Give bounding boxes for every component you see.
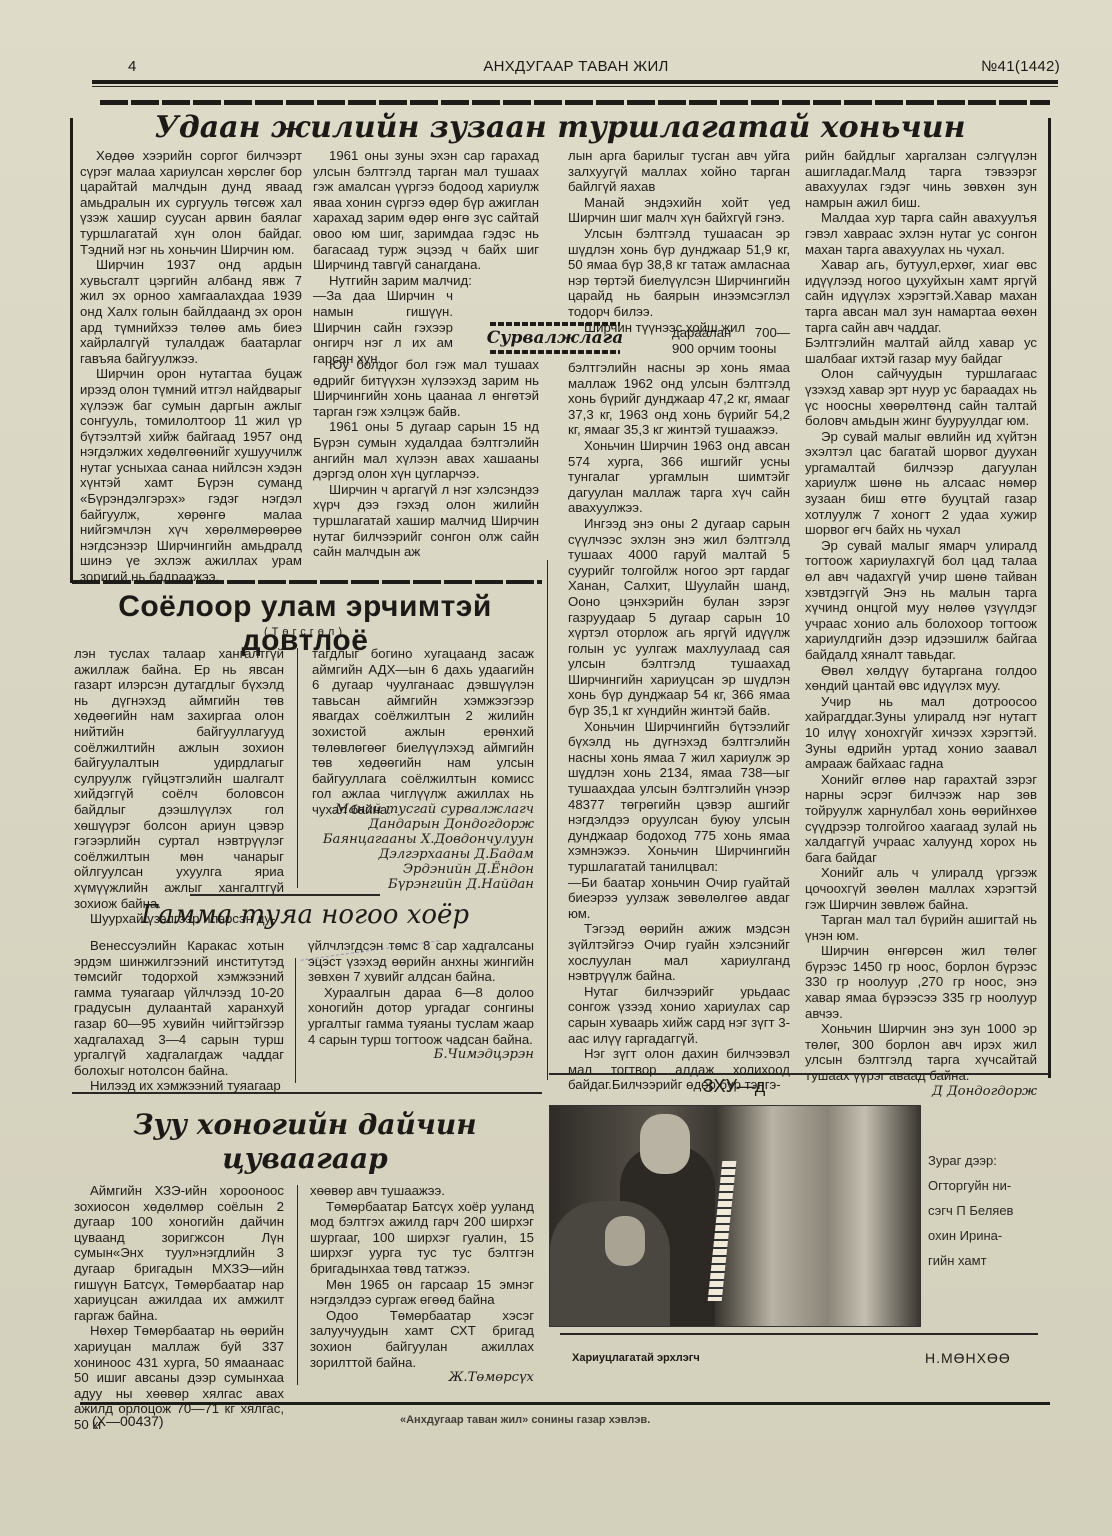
photo-face-man: [640, 1114, 690, 1174]
signature: Манай тусгай сурвалжлагч: [312, 802, 534, 817]
paragraph: лэн туслах талаар хангалтгүй ажиллаж бай…: [74, 646, 284, 911]
section-divider: [549, 1073, 1049, 1075]
paragraph: Эр сувай малыг өвлийн ид хүйтэн эхэлтэл …: [805, 429, 1037, 538]
paragraph: дараалан 700—900 орчим тооны: [672, 325, 790, 356]
print-code: (Х—00437): [92, 1413, 164, 1429]
imprint: «Анхдугаар таван жил» сонины газар хэвлэ…: [400, 1414, 650, 1426]
masthead-rule-thin: [92, 86, 1058, 87]
paragraph: Нутгийн зарим малчид:: [313, 273, 539, 289]
greek-key-ornament-bottom: [490, 350, 620, 354]
signature: Дэлгэрхааны Д.Бадам: [312, 847, 534, 862]
footer-rule: [80, 1402, 1050, 1405]
caption-line: Огторгуйн ни-: [928, 1173, 1040, 1198]
paragraph: үйлчлэгдсэн төмс 8 сар хадгалсаны эцэст …: [308, 938, 534, 985]
photo-face-girl: [605, 1216, 645, 1266]
caption-line: сэгч П Беляев: [928, 1198, 1040, 1223]
photo-section-title: ЗХУ—д: [549, 1076, 919, 1097]
newspaper-page: 4 АНХДУГААР ТАВАН ЖИЛ №41(1442) Удаан жи…: [0, 0, 1112, 1536]
caption-line: гийн хамт: [928, 1248, 1040, 1273]
paragraph: Олон сайчуудын туршлагаас үзэхэд хавар э…: [805, 366, 1037, 428]
paragraph: 1961 оны зуны эхэн сар гарахад улсын бэл…: [313, 148, 539, 273]
headline-gamma: Гамма туяа ногоо хоёр: [70, 900, 540, 930]
column-divider: [295, 958, 296, 1083]
culture-signatures: Манай тусгай сурвалжлагч Дандарын Дондог…: [312, 802, 534, 892]
issue-number: №41(1442): [981, 58, 1060, 75]
paragraph: Учир нь мал дотроосоо хайрагддаг.Зуны ул…: [805, 694, 1037, 772]
signature: Дандарын Дондогдорж: [312, 817, 534, 832]
paragraph: Тарган мал тал бүрийн ашигтай нь үнэн юм…: [805, 912, 1037, 943]
paragraph: Нутаг билчээрийг урьдаас сонгож үзээд хо…: [568, 984, 790, 1046]
paragraph: —Би баатар хоньчин Очир гуайтай биеэрээ …: [568, 875, 790, 922]
shepherd-column-4: рийн байдлыг харгалзан сэлгүүлэн ашиглад…: [805, 148, 1037, 1099]
caption-line: Зураг дээр:: [928, 1148, 1040, 1173]
signature: Баянцагааны Х.Довдончулуун: [312, 832, 534, 847]
paragraph: Эр сувай малыг ямарч улиралд тогтоож хар…: [805, 538, 1037, 663]
signature: Эрдэнийн Д.Ёндон: [312, 862, 534, 877]
frame-right: [1048, 118, 1051, 1078]
shepherd-column-2-bottom: Юу болдог бол гэж мал тушаах өдрийг битү…: [313, 357, 539, 560]
paragraph: Ингээд энэ оны 2 дугаар сарын сүүлчээс э…: [568, 516, 790, 719]
signature: Бүрэнгийн Д.Найдан: [312, 877, 534, 892]
paragraph: Ширчин өнгөрсөн жил төлөг бүрээс 1450 гр…: [805, 943, 1037, 1021]
paragraph: рийн байдлыг харгалзан сэлгүүлэн ашиглад…: [805, 148, 1037, 210]
paragraph: Одоо Төмөрбаатар хэсэг залуучуудын хамт …: [310, 1308, 534, 1370]
culture-column-2: тагдлыг богино хугацаанд засаж аймгийн А…: [312, 646, 534, 818]
newspaper-title: АНХДУГААР ТАВАН ЖИЛ: [92, 58, 1060, 75]
photo-caption: Зураг дээр: Огторгуйн ни- сэгч П Беляев …: [928, 1148, 1040, 1273]
paragraph: Ширчин орон нутагтаа буцаж ирээд олон тү…: [80, 366, 302, 584]
shepherd-column-1: Хөдөө хээрийн соргог билчээрт сүрэг мала…: [80, 148, 302, 585]
byline-hundred-days: Ж.Төмөрсүх: [310, 1370, 534, 1386]
column-divider: [297, 648, 298, 888]
paragraph: Хураалгын дараа 6—8 долоо хоногийн дотор…: [308, 985, 534, 1047]
byline-gamma: Б.Чимэдцэрэн: [308, 1047, 534, 1063]
paragraph: 1961 оны 5 дугаар сарын 15 нд Бүрэн сумы…: [313, 419, 539, 481]
photo-cosmonaut-piano: [549, 1105, 921, 1327]
paragraph: хөөвөр авч тушаажээ.: [310, 1183, 534, 1199]
culture-column-1: лэн туслах талаар хангалтгүй ажиллаж бай…: [74, 646, 284, 927]
paragraph: Хавар агь, бутуул,ерхөг, хиаг өвс идүүлэ…: [805, 257, 1037, 335]
headline-shepherd: Удаан жилийн зузаан туршлагатай хоньчин: [120, 108, 1000, 148]
hundred-days-column-2: хөөвөр авч тушаажээ. Төмөрбаатар Батсүх …: [310, 1183, 534, 1386]
paragraph: Ширчин 1937 онд ардын хувьсгалт цэргийн …: [80, 257, 302, 366]
shepherd-column-3-bottom: бэлтгэлийн насны эр хонь ямаа маллаж 196…: [568, 360, 790, 1093]
paragraph: Хонийг өглөө нар гарахтай зэрэг нарны эс…: [805, 772, 1037, 866]
paragraph: Хонийг аль ч улиралд үргээж цочоохгүй зө…: [805, 865, 1037, 912]
hundred-days-column-1: Аймгийн ХЗЭ-ийн хорооноос зохиосон хөдөл…: [74, 1183, 284, 1433]
paragraph: тагдлыг богино хугацаанд засаж аймгийн А…: [312, 646, 534, 818]
shepherd-column-3-side: дараалан 700—900 орчим тооны: [672, 325, 790, 356]
paragraph: Тэгээд өөрийн ажиж мэдсэн зүйлтэйгээ Очи…: [568, 921, 790, 983]
gamma-column-1: Венессуэлийн Каракас хотын эрдэм шинжилг…: [74, 938, 284, 1094]
column-divider: [547, 560, 548, 1080]
paragraph: Төмөрбаатар Батсүх хоёр ууланд мод бэлтг…: [310, 1199, 534, 1277]
paragraph: —За даа Ширчин ч намын гишүүн. Ширчин са…: [313, 288, 453, 366]
paragraph: Хоньчин Ширчин 1963 онд авсан 574 хурга,…: [568, 438, 790, 516]
caption-line: охин Ирина-: [928, 1223, 1040, 1248]
editor-rule: [560, 1333, 1038, 1335]
editor-name: Н.МӨНХӨӨ: [925, 1350, 1011, 1366]
column-divider: [297, 1185, 298, 1385]
paragraph: Мөн 1965 он гарсаар 15 эмнэг нэгдэлдээ с…: [310, 1277, 534, 1308]
gamma-column-2: үйлчлэгдсэн төмс 8 сар хадгалсаны эцэст …: [308, 938, 534, 1063]
frame-left: [70, 118, 73, 583]
paragraph: Улсын бэлтгэлд тушаасан эр шүдлэн хонь б…: [568, 226, 790, 320]
paragraph: лын арга барилыг тусган авч уйга залхууг…: [568, 148, 790, 195]
section-divider: [72, 1092, 542, 1094]
paragraph: Манай эндэхийн хойт үед Ширчин шиг малч …: [568, 195, 790, 226]
headline-hundred-days: Зуу хоногийн дайчин цуваагаар: [70, 1108, 540, 1176]
section-divider: [72, 580, 542, 584]
paragraph: Хөдөө хээрийн соргог билчээрт сүрэг мала…: [80, 148, 302, 257]
subhead-culture: (Төгсгөл): [70, 626, 540, 638]
paragraph: бэлтгэлийн насны эр хонь ямаа маллаж 196…: [568, 360, 790, 438]
masthead: 4 АНХДУГААР ТАВАН ЖИЛ №41(1442): [92, 56, 1060, 80]
masthead-rule: [92, 80, 1058, 84]
paragraph: Аймгийн ХЗЭ-ийн хорооноос зохиосон хөдөл…: [74, 1183, 284, 1323]
shepherd-column-3-top: лын арга барилыг тусган авч уйга залхууг…: [568, 148, 790, 335]
paragraph: Венессуэлийн Каракас хотын эрдэм шинжилг…: [74, 938, 284, 1078]
paragraph: Ширчин ч аргагүй л нэг хэлсэндээ хүрч дэ…: [313, 482, 539, 560]
editor-label: Хариуцлагатай эрхлэгч: [572, 1352, 700, 1364]
ornamental-rule: [100, 100, 1050, 105]
paragraph: Хоньчин Ширчингийн бүтээлийг бүхэлд нь д…: [568, 719, 790, 875]
short-divider: [190, 894, 380, 896]
paragraph: Өвөл хөлдүү бутаргана голдоо хөндий цант…: [805, 663, 1037, 694]
paragraph: Юу болдог бол гэж мал тушаах өдрийг битү…: [313, 357, 539, 419]
paragraph: Малдаа хур тарга сайн авахуулъя гэвэл ха…: [805, 210, 1037, 257]
paragraph: Бэлтгэлийн малтай айлд хавар ус шалбааг …: [805, 335, 1037, 366]
